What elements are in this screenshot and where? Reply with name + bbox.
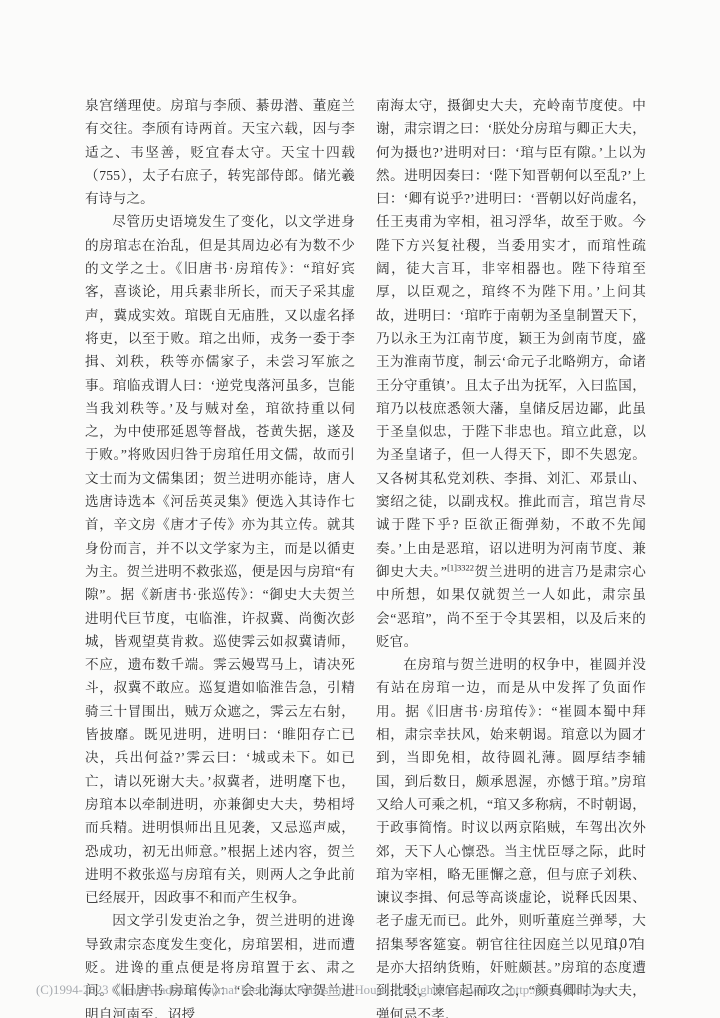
paragraph-continuation: 泉宫缮理使。房琯与李颀、綦毋潜、董庭兰有交往。李颀有诗两首。天宝六载，因与李适之… [85, 94, 355, 210]
paragraph: 在房琯与贺兰进明的权争中，崔圆并没有站在房琯一边，而是从中发挥了负面作用。据《旧… [376, 653, 646, 1018]
paragraph: 尽管历史语境发生了变化，以文学进身的房琯志在治乱，但是其周边必有为数不少的文学之… [85, 210, 355, 909]
paragraph-continuation: 南海太守，摄御史大夫，充岭南节度使。中谢，肃宗谓之曰：‘朕处分房琯与卿正大夫，何… [376, 94, 646, 653]
paragraph-text: 南海太守，摄御史大夫，充岭南节度使。中谢，肃宗谓之曰：‘朕处分房琯与卿正大夫，何… [376, 98, 646, 579]
page-number: 107 [604, 936, 644, 953]
footer-url: http://www.cnki.net [509, 983, 611, 997]
journal-page: 泉宫缮理使。房琯与李颀、綦毋潜、董庭兰有交往。李颀有诗两首。天宝六载，因与李适之… [0, 0, 720, 1018]
right-column: 南海太守，摄御史大夫，充岭南节度使。中谢，肃宗谓之曰：‘朕处分房琯与卿正大夫，何… [376, 94, 646, 1018]
footer-copyright: (C)1994-2023 China Academic Journal Elec… [36, 983, 491, 997]
citation-superscript: [1]3322 [447, 562, 474, 572]
page-body: 泉宫缮理使。房琯与李颀、綦毋潜、董庭兰有交往。李颀有诗两首。天宝六载，因与李适之… [85, 94, 647, 1018]
footer: (C)1994-2023 China Academic Journal Elec… [36, 983, 696, 998]
left-column: 泉宫缮理使。房琯与李颀、綦毋潜、董庭兰有交往。李颀有诗两首。天宝六载，因与李适之… [85, 94, 355, 1018]
paragraph: 因文学引发吏治之争，贺兰进明的进谗导致肃宗态度发生变化，房琯罢相，进而遭贬。进谗… [85, 909, 355, 1018]
